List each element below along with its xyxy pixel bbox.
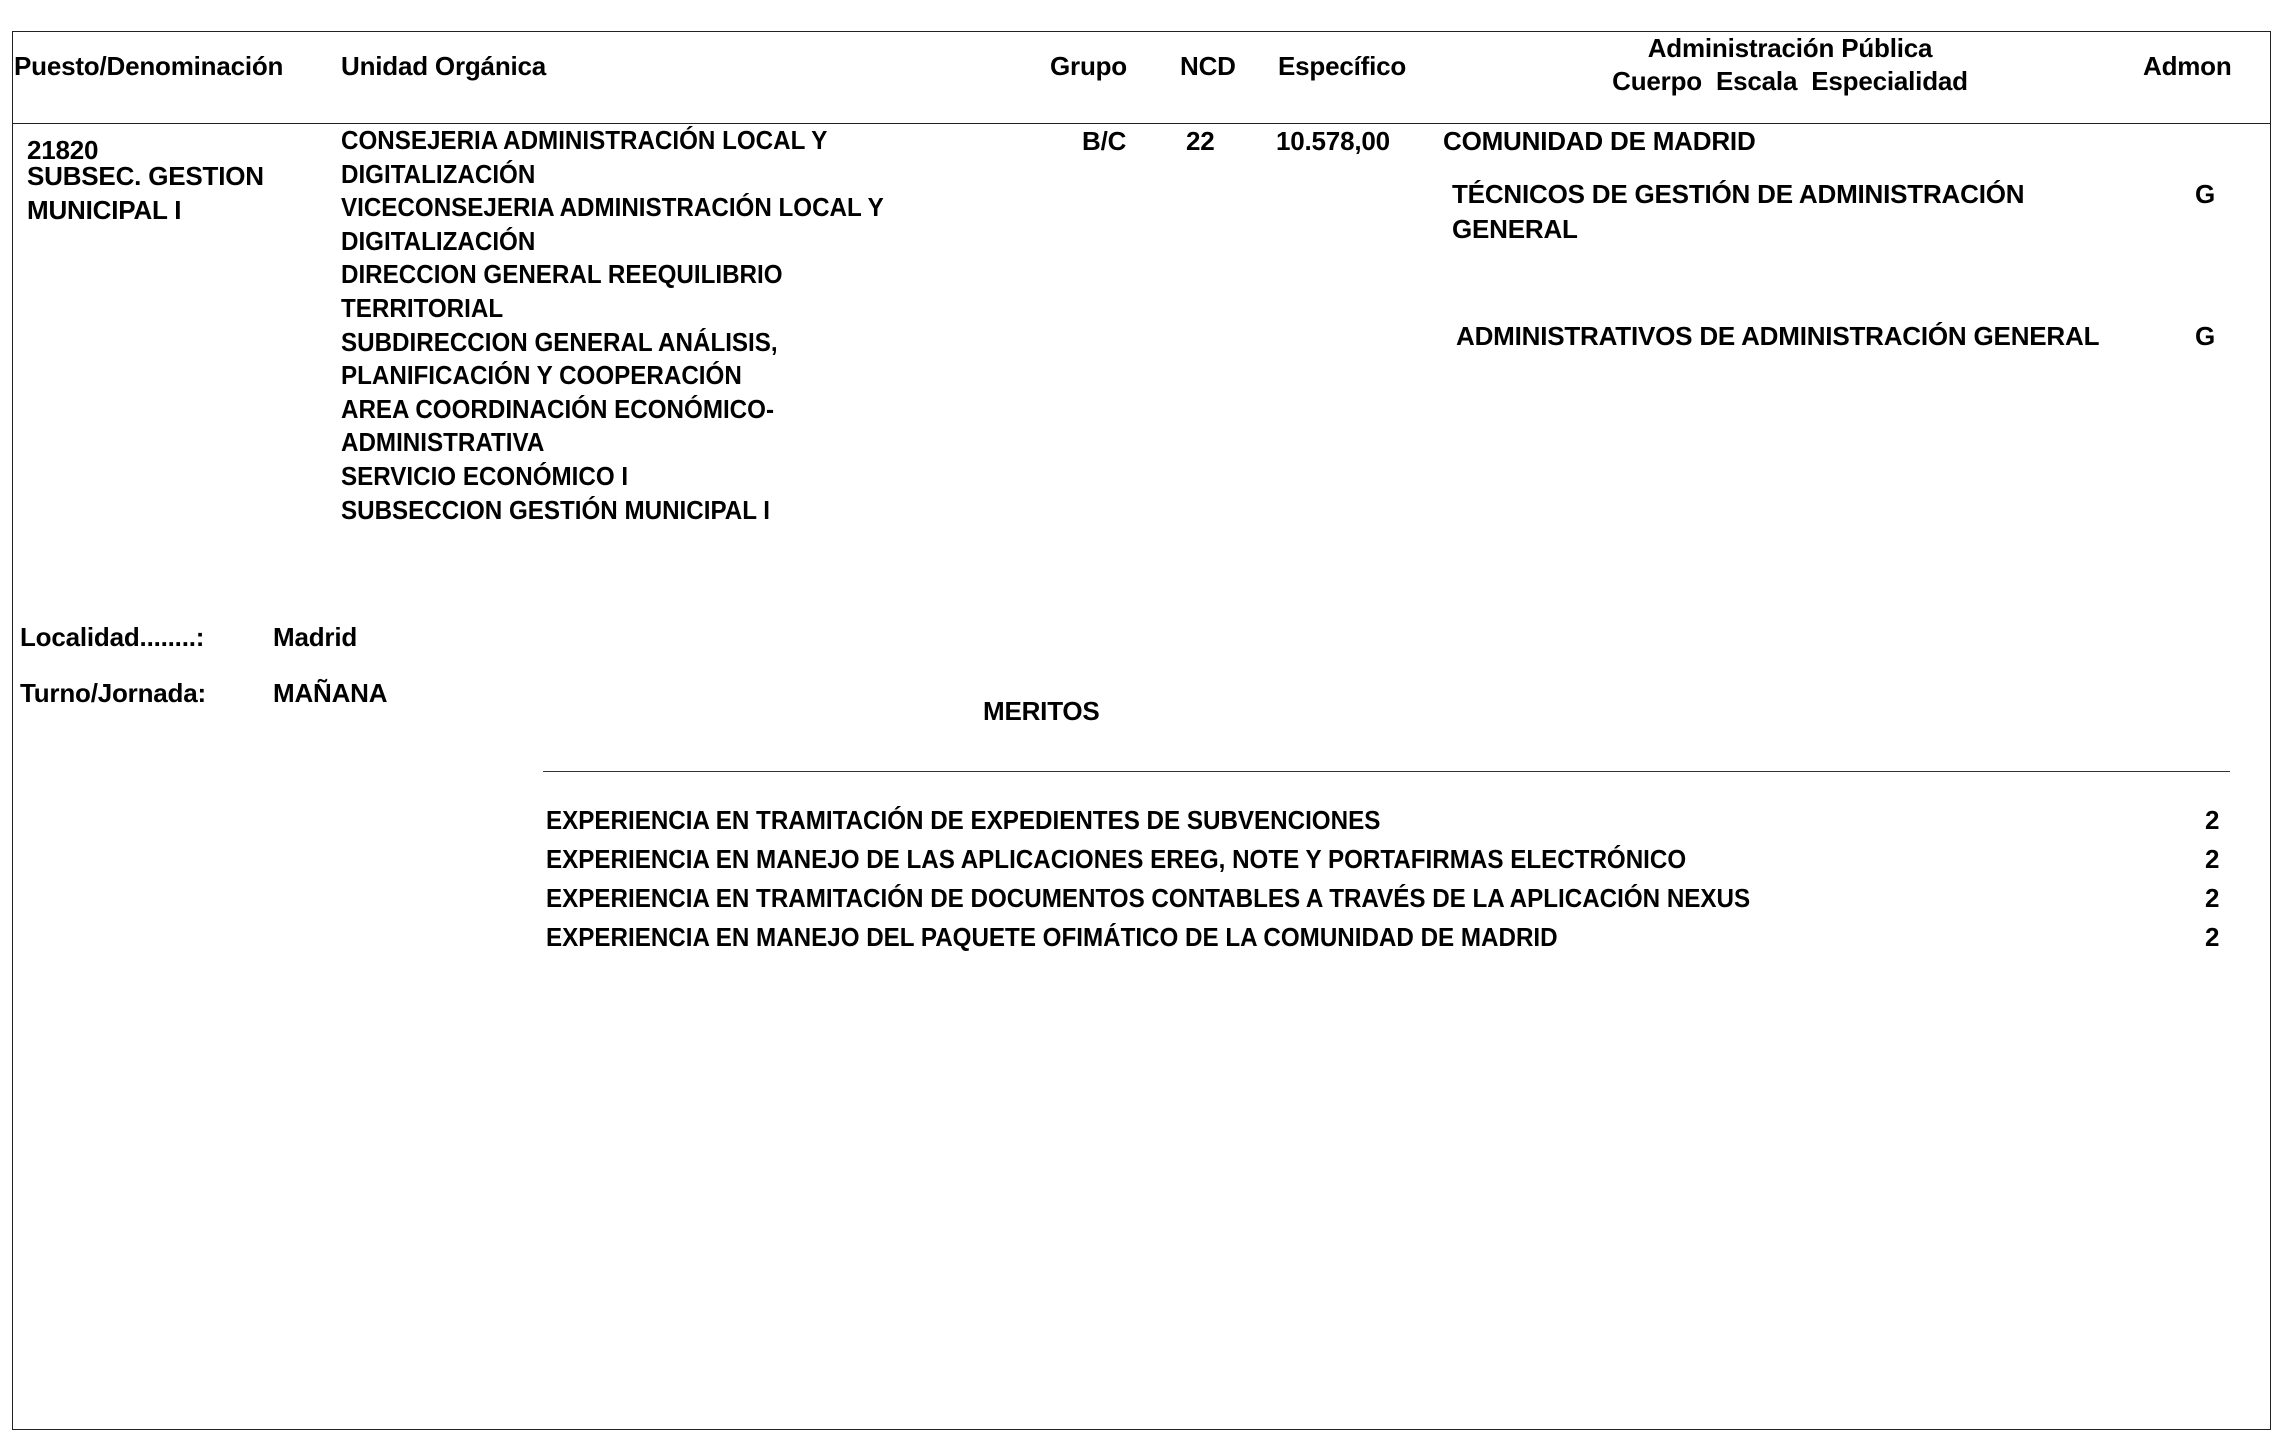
meritos-title: MERITOS <box>983 698 1100 724</box>
header-separator <box>12 123 2271 124</box>
localidad-label: Localidad........: <box>20 624 204 650</box>
turno-label: Turno/Jornada: <box>20 680 206 706</box>
cuerpo-2-line1: ADMINISTRATIVOS DE ADMINISTRACIÓN GENERA… <box>1456 323 2099 349</box>
unidad-organica-line: PLANIFICACIÓN Y COOPERACIÓN <box>341 362 742 388</box>
cuerpo-1-admon: G <box>2195 181 2215 207</box>
header-unidad-organica: Unidad Orgánica <box>341 53 546 79</box>
header-administracion-publica: Administración Pública <box>1540 35 2040 61</box>
unidad-organica-line: SUBDIRECCION GENERAL ANÁLISIS, <box>341 329 778 355</box>
unidad-organica-line: AREA COORDINACIÓN ECONÓMICO- <box>341 396 774 422</box>
merit-text: EXPERIENCIA EN TRAMITACIÓN DE DOCUMENTOS… <box>546 885 1750 911</box>
unidad-organica-line: ADMINISTRATIVA <box>341 429 544 455</box>
merit-points: 2 <box>2205 846 2219 872</box>
header-admon: Admon <box>2143 53 2232 79</box>
cuerpo-2-admon: G <box>2195 323 2215 349</box>
unidad-organica-line: SUBSECCION GESTIÓN MUNICIPAL I <box>341 497 770 523</box>
administracion-value: COMUNIDAD DE MADRID <box>1443 128 1756 154</box>
header-puesto: Puesto/Denominación <box>14 53 283 79</box>
unidad-organica-line: DIGITALIZACIÓN <box>341 228 535 254</box>
meritos-divider <box>543 771 2230 772</box>
puesto-denominacion-line1: SUBSEC. GESTION <box>27 163 264 189</box>
unidad-organica-line: DIRECCION GENERAL REEQUILIBRIO <box>341 261 783 287</box>
merit-points: 2 <box>2205 807 2219 833</box>
merit-points: 2 <box>2205 924 2219 950</box>
especifico-value: 10.578,00 <box>1276 128 1390 154</box>
cuerpo-1-line1: TÉCNICOS DE GESTIÓN DE ADMINISTRACIÓN <box>1452 181 2024 207</box>
ncd-value: 22 <box>1186 128 1215 154</box>
unidad-organica-line: VICECONSEJERIA ADMINISTRACIÓN LOCAL Y <box>341 194 884 220</box>
unidad-organica-line: CONSEJERIA ADMINISTRACIÓN LOCAL Y <box>341 127 827 153</box>
merit-text: EXPERIENCIA EN MANEJO DE LAS APLICACIONE… <box>546 846 1686 872</box>
unidad-organica-line: TERRITORIAL <box>341 295 503 321</box>
header-grupo: Grupo <box>1050 53 1127 79</box>
turno-value: MAÑANA <box>273 680 387 706</box>
cuerpo-1-line2: GENERAL <box>1452 216 1578 242</box>
merit-points: 2 <box>2205 885 2219 911</box>
unidad-organica-line: DIGITALIZACIÓN <box>341 161 535 187</box>
merit-text: EXPERIENCIA EN TRAMITACIÓN DE EXPEDIENTE… <box>546 807 1380 833</box>
header-ncd: NCD <box>1180 53 1236 79</box>
puesto-codigo: 21820 <box>27 137 98 163</box>
localidad-value: Madrid <box>273 624 357 650</box>
header-especifico: Específico <box>1278 53 1406 79</box>
unidad-organica-line: SERVICIO ECONÓMICO I <box>341 463 628 489</box>
puesto-denominacion-line2: MUNICIPAL I <box>27 197 181 223</box>
header-cuerpo-escala-especialidad: Cuerpo Escala Especialidad <box>1540 68 2040 94</box>
merit-text: EXPERIENCIA EN MANEJO DEL PAQUETE OFIMÁT… <box>546 924 1558 950</box>
grupo-value: B/C <box>1082 128 1126 154</box>
